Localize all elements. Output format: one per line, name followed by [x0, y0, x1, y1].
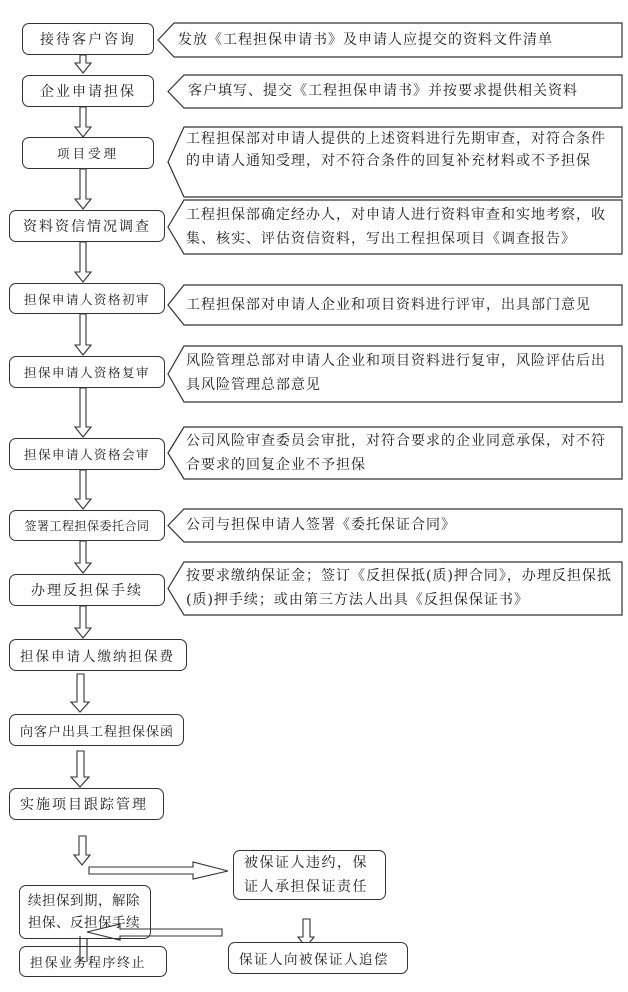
step-label: 签署工程担保委托合同 [24, 517, 149, 534]
step-credit-investigation: 资料资信情况调查 [9, 210, 165, 242]
arrow-down-12 [74, 836, 90, 865]
step-project-tracking: 实施项目跟踪管理 [9, 788, 164, 820]
arrow-right-default [89, 862, 228, 879]
note-preliminary-check: 工程担保部对申请人提供的上述资料进行先期审查，对符合条件的申请人通知受理，对不符… [168, 127, 622, 197]
step-customer-consultation: 接待客户咨询 [22, 23, 154, 55]
arrow-down-2 [75, 107, 91, 137]
step-label: 向客户出具工程担保保函 [20, 721, 174, 740]
note-investigation: 工程担保部确定经办人，对申请人进行资料审查和实地考察，收集、核实、评估资信资料，… [168, 200, 622, 254]
note-text: 工程担保部对申请人提供的上述资料进行先期审查，对符合条件的申请人通知受理，对不符… [186, 128, 618, 172]
branch-label: 担保业务程序终止 [30, 952, 146, 971]
arrow-down-4 [75, 242, 91, 282]
note-counter-guarantee: 按要求缴纳保证金；签订《反担保抵(质)押合同》，办理反担保抵(质)押手续；或由第… [168, 562, 622, 615]
arrow-down-3 [75, 169, 91, 209]
note-text: 按要求缴纳保证金；签订《反担保抵(质)押合同》，办理反担保抵(质)押手续；或由第… [186, 564, 618, 612]
note-submit-application: 客户填写、提交《工程担保申请书》并按要求提供相关资料 [168, 75, 622, 108]
step-label: 办理反担保手续 [31, 580, 143, 600]
branch-label: 保证人向被保证人追偿 [239, 948, 389, 968]
step-label: 担保申请人缴纳担保费 [20, 645, 175, 665]
step-joint-review: 担保申请人资格会审 [9, 438, 165, 470]
step-label: 接待客户咨询 [40, 29, 136, 49]
note-text: 风险管理总部对申请人企业和项目资料进行复审，风险评估后出具风险管理总部意见 [186, 349, 618, 397]
branch-label: 续担保到期，解除担保、反担保手续 [28, 890, 142, 934]
branch-recourse: 保证人向被保证人追偿 [228, 942, 408, 974]
step-label: 企业申请担保 [40, 81, 136, 101]
note-text: 工程担保部确定经办人，对申请人进行资料审查和实地考察，收集、核实、评估资信资料，… [186, 203, 618, 251]
arrow-down-1 [75, 55, 91, 73]
arrow-down-8 [75, 541, 91, 573]
step-sign-contract: 签署工程担保委托合同 [9, 510, 165, 541]
note-department-review: 工程担保部对申请人企业和项目资料进行评审，出具部门意见 [168, 285, 622, 325]
step-preliminary-review: 担保申请人资格初审 [9, 283, 165, 314]
note-text: 公司风险审查委员会审批，对符合要求的企业同意承保，对不符合要求的回复企业不予担保 [186, 429, 618, 477]
step-project-acceptance: 项目受理 [22, 137, 154, 169]
arrow-down-10 [71, 674, 89, 712]
step-counter-guarantee: 办理反担保手续 [9, 574, 165, 606]
note-sign-contract: 公司与担保申请人签署《委托保证合同》 [168, 509, 622, 542]
step-label: 项目受理 [57, 144, 119, 162]
note-text: 客户填写、提交《工程担保申请书》并按要求提供相关资料 [188, 79, 618, 103]
note-text: 工程担保部对申请人企业和项目资料进行评审，出具部门意见 [186, 293, 618, 317]
arrow-down-7 [75, 470, 91, 509]
step-label: 担保申请人资格复审 [24, 363, 150, 381]
step-label: 实施项目跟踪管理 [20, 794, 148, 814]
branch-default-liability: 被保证人违约，保证人承担保证责任 [233, 850, 386, 900]
note-text: 公司与担保申请人签署《委托保证合同》 [186, 513, 618, 537]
arrow-down-9 [75, 606, 91, 638]
step-pay-fee: 担保申请人缴纳担保费 [9, 639, 187, 671]
step-label: 担保申请人资格初审 [24, 290, 150, 308]
arrow-down-6 [75, 388, 91, 437]
note-issue-application-form: 发放《工程担保申请书》及申请人应提交的资料文件清单 [158, 23, 622, 57]
arrow-down-5 [75, 314, 91, 355]
note-committee-approval: 公司风险审查委员会审批，对符合要求的企业同意承保，对不符合要求的回复企业不予担保 [168, 427, 622, 479]
note-risk-review: 风险管理总部对申请人企业和项目资料进行复审，风险评估后出具风险管理总部意见 [168, 346, 622, 402]
step-label: 担保申请人资格会审 [24, 445, 150, 463]
step-secondary-review: 担保申请人资格复审 [9, 356, 165, 388]
step-issue-letter: 向客户出具工程担保保函 [9, 714, 184, 746]
branch-label: 被保证人违约，保证人承担保证责任 [244, 851, 375, 899]
step-label: 资料资信情况调查 [23, 216, 151, 236]
branch-process-end: 担保业务程序终止 [19, 946, 167, 977]
branch-expiry-release: 续担保到期，解除担保、反担保手续 [19, 885, 151, 939]
arrow-down-11 [71, 751, 89, 787]
note-text: 发放《工程担保申请书》及申请人应提交的资料文件清单 [178, 28, 618, 52]
step-enterprise-application: 企业申请担保 [22, 75, 154, 107]
